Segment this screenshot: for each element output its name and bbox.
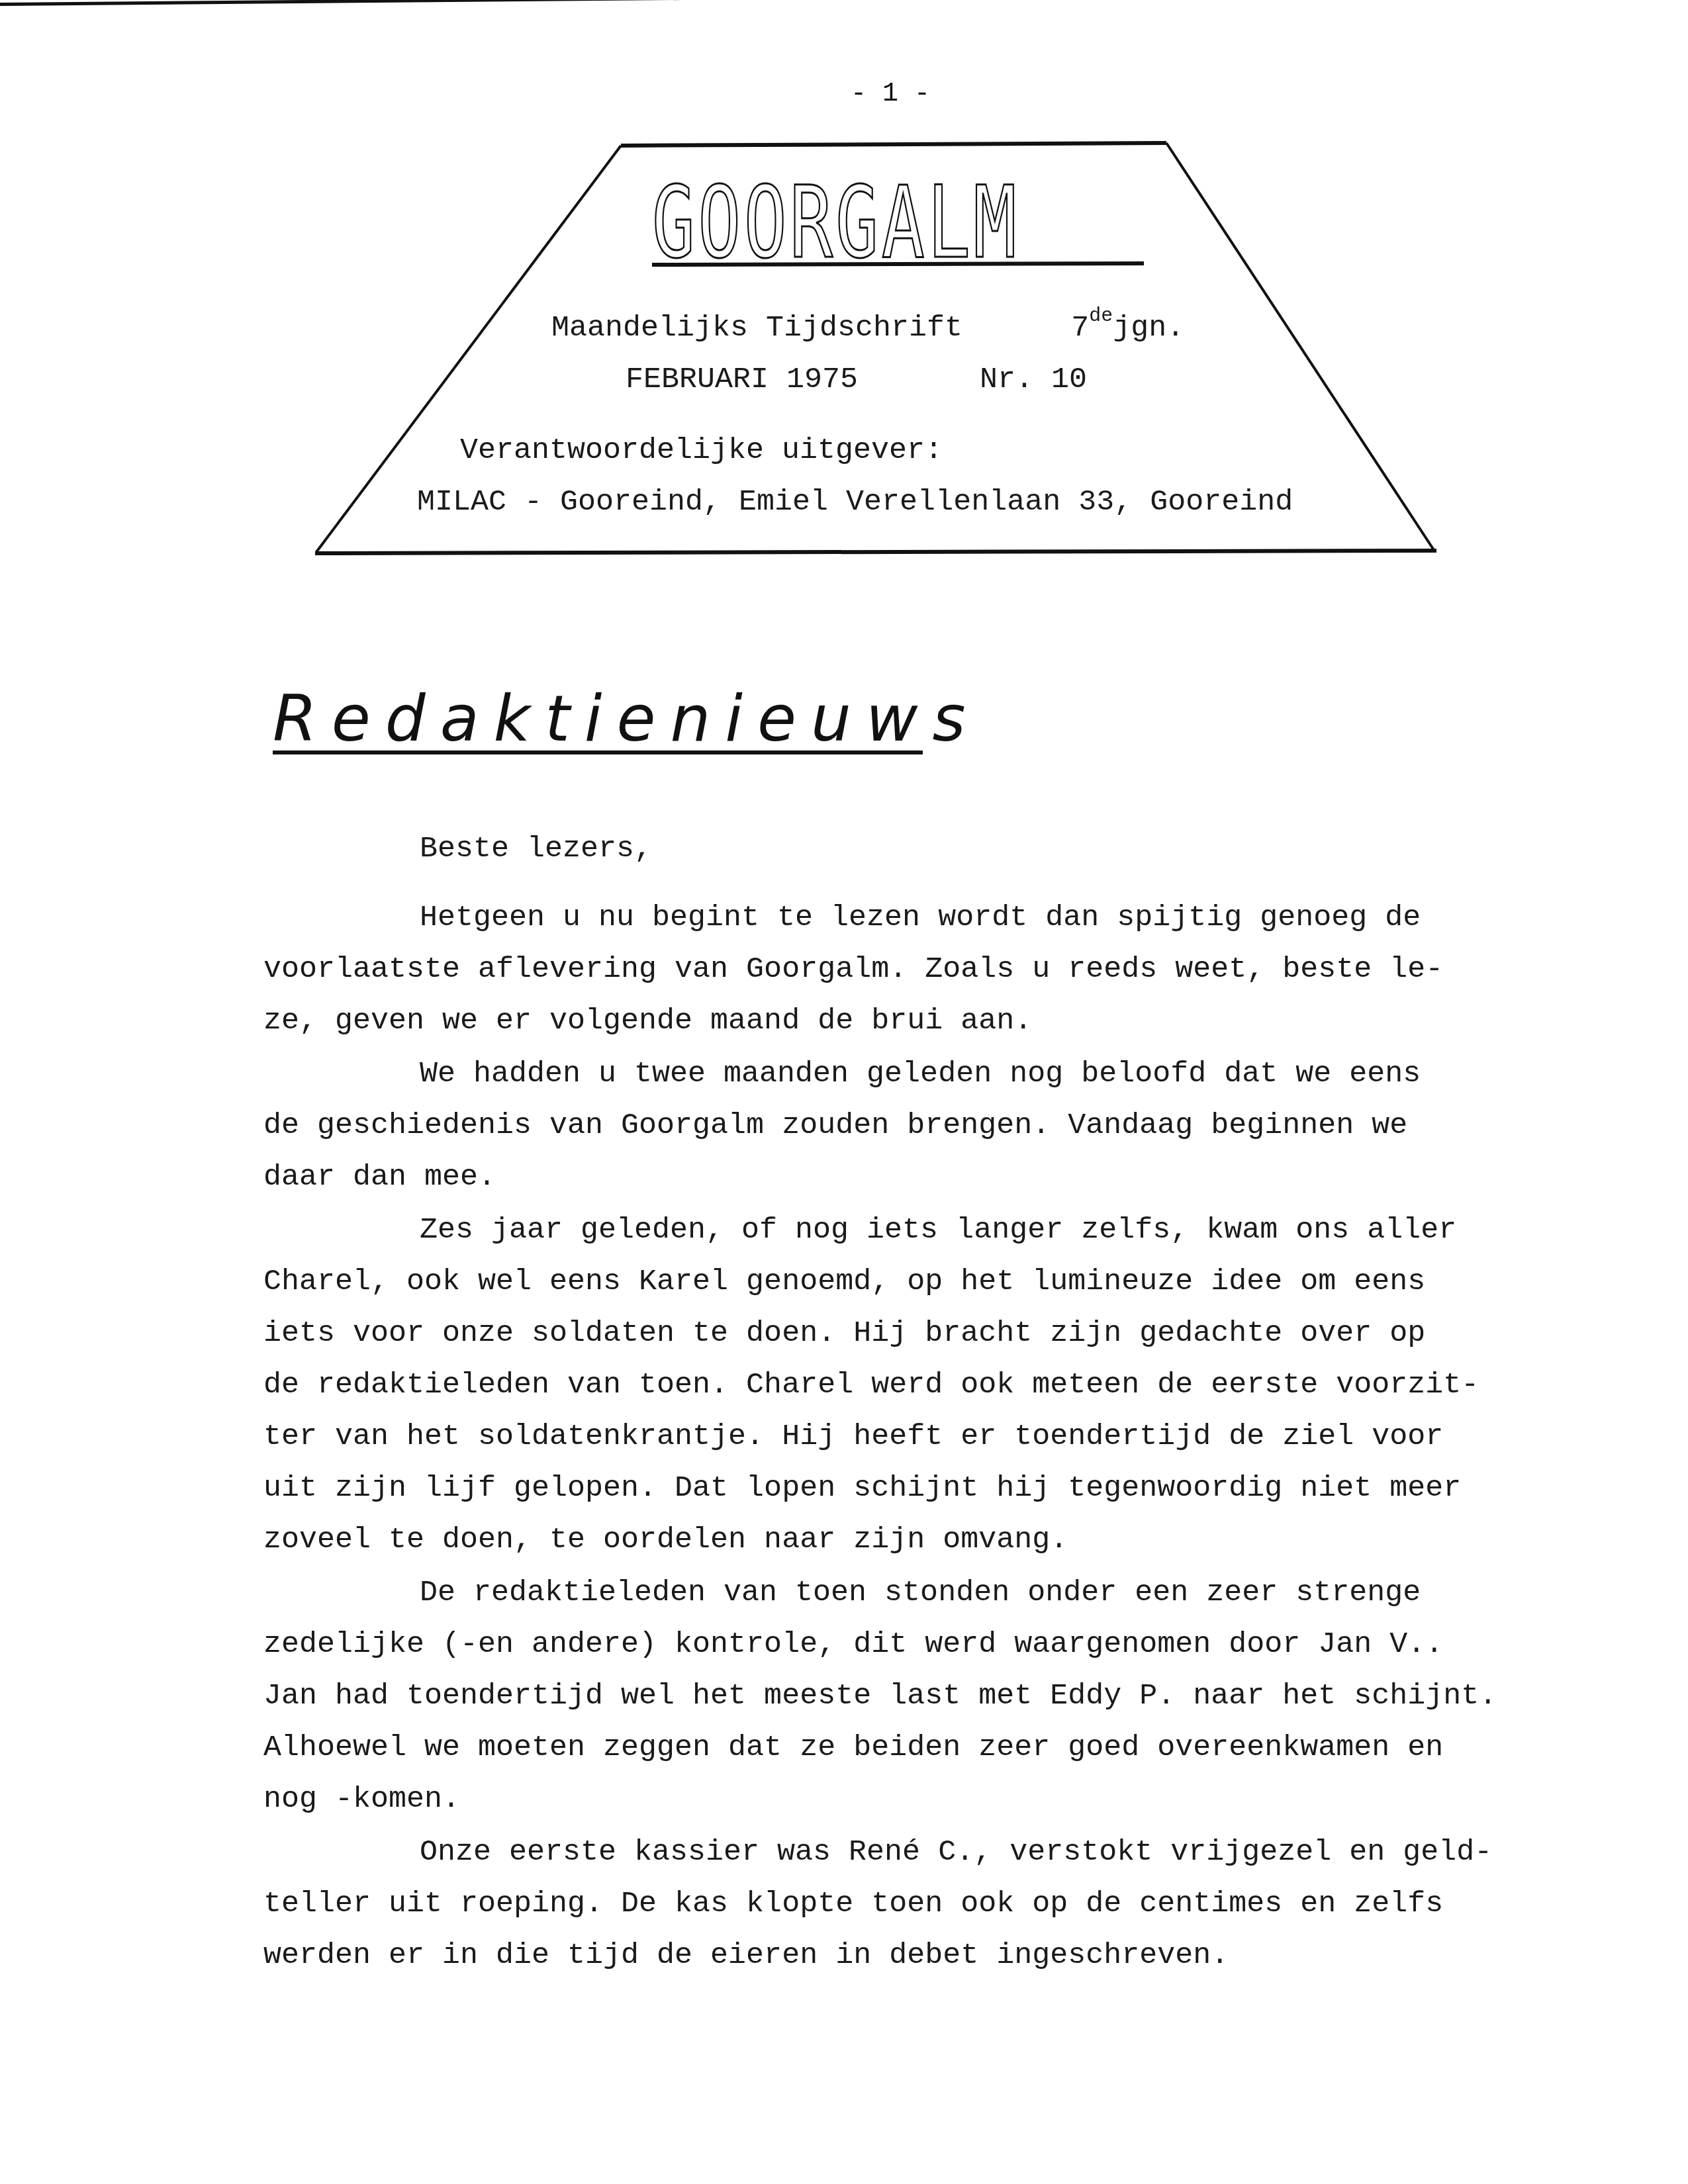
volume-unit: jgn. <box>1113 311 1184 345</box>
paragraph-line: ze, geven we er volgende maand de brui a… <box>263 995 1627 1047</box>
volume-number: 7 <box>1071 311 1089 345</box>
paragraph-line: zoveel te doen, te oordelen naar zijn om… <box>263 1514 1627 1566</box>
article-paragraph: De redaktieleden van toen stonden onder … <box>263 1567 1627 1825</box>
article-paragraph: We hadden u twee maanden geleden nog bel… <box>263 1048 1627 1203</box>
article-paragraph: Hetgeen u nu begint te lezen wordt dan s… <box>263 892 1627 1047</box>
paragraph-line: werden er in die tijd de eieren in debet… <box>263 1930 1627 1981</box>
paragraph-line: Hetgeen u nu begint te lezen wordt dan s… <box>263 892 1627 944</box>
paragraph-line: de redaktieleden van toen. Charel werd o… <box>263 1359 1627 1411</box>
paragraph-line: Zes jaar geleden, of nog iets langer zel… <box>263 1205 1627 1256</box>
paragraph-line: zedelijke (-en andere) kontrole, dit wer… <box>263 1619 1627 1670</box>
paragraph-line: voorlaatste aflevering van Goorgalm. Zoa… <box>263 944 1627 995</box>
paragraph-line: uit zijn lijf gelopen. Dat lopen schijnt… <box>263 1463 1627 1514</box>
paragraph-line: iets voor onze soldaten te doen. Hij bra… <box>263 1308 1627 1359</box>
scan-artifact-line <box>0 0 867 6</box>
paragraph-line: ter van het soldatenkrantje. Hij heeft e… <box>263 1411 1627 1463</box>
article-body: Hetgeen u nu begint te lezen wordt dan s… <box>263 892 1627 1983</box>
article-paragraph: Zes jaar geleden, of nog iets langer zel… <box>263 1205 1627 1566</box>
paragraph-line: We hadden u twee maanden geleden nog bel… <box>263 1048 1627 1100</box>
paragraph-line: Charel, ook wel eens Karel genoemd, op h… <box>263 1256 1627 1308</box>
publisher-address: MILAC - Gooreind, Emiel Verellenlaan 33,… <box>417 485 1293 519</box>
paragraph-line: de geschiedenis van Goorgalm zouden bren… <box>263 1100 1627 1152</box>
paragraph-line: teller uit roeping. De kas klopte toen o… <box>263 1878 1627 1930</box>
volume-suffix: de <box>1089 305 1113 328</box>
paragraph-line: Onze eerste kassier was René C., verstok… <box>263 1827 1627 1878</box>
paragraph-line: De redaktieleden van toen stonden onder … <box>263 1567 1627 1619</box>
page-number: - 1 - <box>841 79 940 109</box>
issue-line: FEBRUARI 1975 Nr. 10 <box>626 363 1087 396</box>
issue-number: Nr. 10 <box>980 363 1087 396</box>
salutation-text: Beste lezers, <box>263 823 1627 875</box>
paragraph-line: daar dan mee. <box>263 1152 1627 1203</box>
salutation: Beste lezers, <box>263 823 1627 875</box>
paragraph-line: Jan had toendertijd wel het meeste last … <box>263 1670 1627 1722</box>
article-paragraph: Onze eerste kassier was René C., verstok… <box>263 1827 1627 1981</box>
paragraph-line: Alhoewel we moeten zeggen dat ze beiden … <box>263 1722 1627 1774</box>
paragraph-line: nog -komen. <box>263 1774 1627 1825</box>
subtitle-label: Maandelijks Tijdschrift <box>551 311 962 345</box>
subtitle-line: Maandelijks Tijdschrift 7dejgn. <box>551 311 1184 345</box>
month-year: FEBRUARI 1975 <box>626 363 858 396</box>
masthead-title: GOORGALM <box>652 173 1007 273</box>
article-heading-underline <box>273 751 923 754</box>
publisher-label: Verantwoordelijke uitgever: <box>460 433 943 467</box>
article-heading: Redaktienieuws <box>273 682 980 756</box>
